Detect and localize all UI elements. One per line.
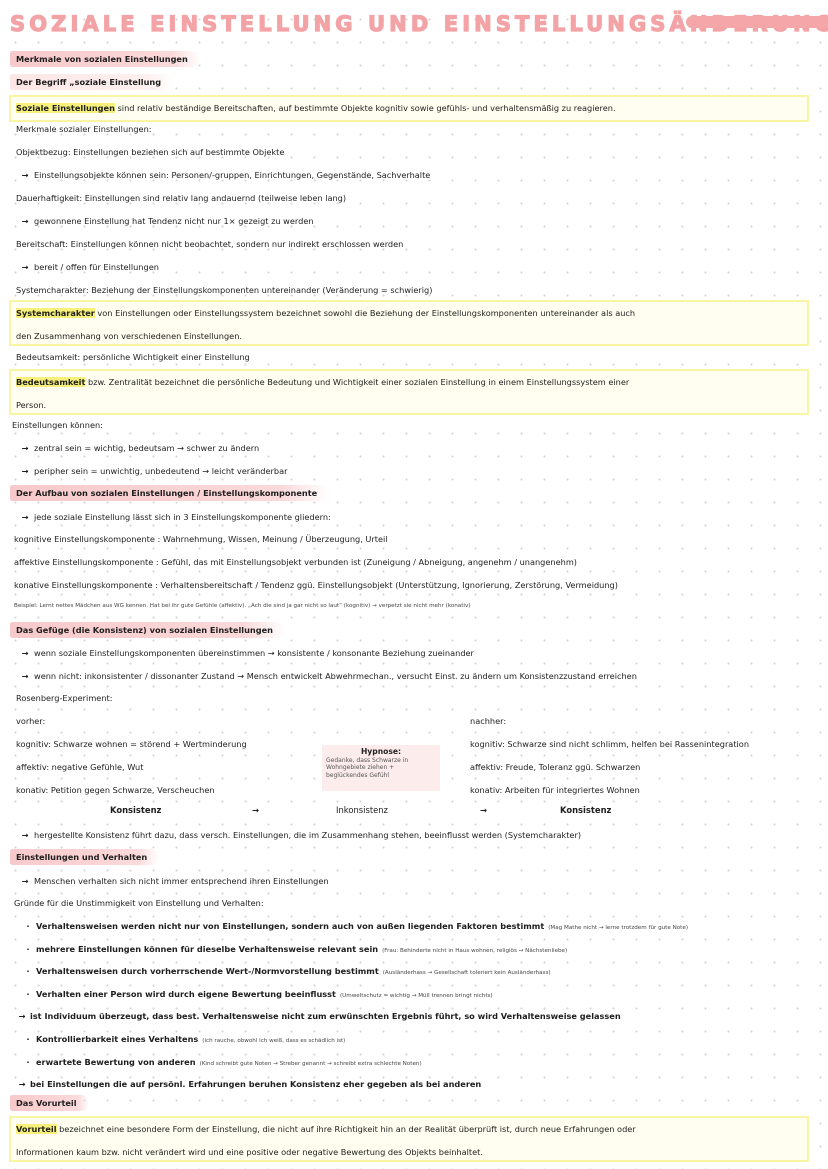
definition-text: bzw. Zentralität bezeichnet die persönli…: [85, 377, 629, 387]
hypnose-text: Gedanke, dass Schwarze in Wohngebiete zi…: [326, 757, 436, 780]
arrow-icon: →: [16, 510, 34, 524]
arrow-icon: →: [16, 874, 34, 888]
merkmal-systemcharakter: Systemcharakter: Beziehung der Einstellu…: [16, 283, 432, 297]
definition-term: Soziale Einstellungen: [16, 103, 115, 113]
vorher-label: vorher:: [16, 714, 45, 728]
text: zentral sein = wichtig, bedeutsam → schw…: [34, 443, 259, 453]
definition-text-2: den Zusammenhang von verschiedenen Einst…: [16, 331, 242, 341]
bullet-icon: ·: [20, 1032, 36, 1046]
definition-term: Vorurteil: [16, 1124, 57, 1134]
zentral-sein: →zentral sein = wichtig, bedeutsam → sch…: [16, 441, 259, 455]
flow-arrow-icon-2: →: [480, 805, 487, 815]
komponente-affektiv: affektive Einstellungskomponente : Gefüh…: [14, 555, 577, 569]
reason-text: Kontrollierbarkeit eines Verhaltens: [36, 1034, 198, 1044]
aufbau-intro: →jede soziale Einstellung lässt sich in …: [16, 510, 331, 524]
flow-arrow-icon-1: →: [252, 805, 259, 815]
reason-item: ·erwartete Bewertung von anderen(Kind sc…: [20, 1055, 422, 1071]
definition-term: Bedeutsamkeit: [16, 377, 85, 387]
text: jede soziale Einstellung lässt sich in 3…: [34, 512, 331, 522]
merkmal-objektbezug: Objektbezug: Einstellungen beziehen sich…: [16, 145, 284, 159]
section-heading-merkmale: Merkmale von sozialen Einstellungen: [10, 51, 200, 67]
hypnose-title: Hypnose:: [326, 748, 436, 756]
nachher-konativ: konativ: Arbeiten für integriertes Wohne…: [470, 783, 640, 797]
reason-example: (Ausländerhass → Gesellschaft toleriert …: [383, 970, 551, 976]
bullet-icon: ·: [20, 964, 36, 978]
bullet-icon: ·: [20, 1055, 36, 1069]
title-decoration-bar: [686, 16, 828, 28]
reason-text: erwartete Bewertung von anderen: [36, 1057, 196, 1067]
bullet-icon: ·: [20, 987, 36, 1001]
beispiel: Beispiel: Lernt nettes Mädchen aus WG ke…: [14, 599, 470, 613]
section-heading-gefuege: Das Gefüge (die Konsistenz) von sozialen…: [10, 622, 285, 638]
definition-box-vorurteil: Vorurteil bezeichnet eine besondere Form…: [9, 1116, 809, 1162]
arrow-icon: →: [16, 441, 34, 455]
section-heading-verhalten: Einstellungen und Verhalten: [10, 849, 159, 865]
section-heading-vorurteil: Das Vorurteil: [10, 1095, 89, 1111]
text: bereit / offen für Einstellungen: [34, 262, 159, 272]
definition-text: von Einstellungen oder Einstellungssyste…: [95, 308, 635, 318]
vorher-konativ: konativ: Petition gegen Schwarze, Versch…: [16, 783, 215, 797]
text: wenn nicht: inkonsistenter / dissonanter…: [34, 671, 637, 681]
nachher-label: nachher:: [470, 714, 506, 728]
merkmal-bedeutsamkeit: Bedeutsamkeit: persönliche Wichtigkeit e…: [16, 350, 250, 364]
reason-item: ·Verhaltensweisen durch vorherrschende W…: [20, 964, 551, 980]
arrow-icon: →: [16, 669, 34, 683]
reason-item: →ist Individuum überzeugt, dass best. Ve…: [14, 1009, 625, 1025]
merkmal-dauerhaftigkeit-sub: →gewonnene Einstellung hat Tendenz nicht…: [16, 214, 314, 228]
text: peripher sein = unwichtig, unbedeutend →…: [34, 466, 288, 476]
nachher-kognitiv: kognitiv: Schwarze sind nicht schlimm, h…: [470, 737, 749, 751]
rosenberg-heading: Rosenberg-Experiment:: [16, 691, 113, 705]
gefuege-wenn-nicht: →wenn nicht: inkonsistenter / dissonante…: [16, 669, 637, 683]
text: wenn soziale Einstellungskomponenten übe…: [34, 648, 474, 658]
text: gewonnene Einstellung hat Tendenz nicht …: [34, 216, 314, 226]
definition-text-2: Informationen kaum bzw. nicht verändert …: [16, 1147, 483, 1157]
reason-text: Verhaltensweisen durch vorherrschende We…: [36, 966, 379, 976]
gefuege-wenn: →wenn soziale Einstellungskomponenten üb…: [16, 646, 474, 660]
merkmal-bereitschaft-sub: →bereit / offen für Einstellungen: [16, 260, 159, 274]
arrow-icon: →: [16, 260, 34, 274]
verhalten-intro: →Menschen verhalten sich nicht immer ent…: [16, 874, 329, 888]
reason-example: (Umweltschutz = wichtig → Müll trennen b…: [340, 993, 493, 999]
bullet-icon: ·: [20, 919, 36, 933]
reason-example: (Frau: Behinderte nicht in Haus wohnen, …: [382, 948, 567, 954]
definition-text: sind relativ beständige Bereitschaften, …: [115, 103, 616, 113]
arrow-icon: →: [16, 646, 34, 660]
gefuege-fazit: →hergestellte Konsistenz führt dazu, das…: [16, 828, 581, 842]
flow-konsistenz-1: Konsistenz: [110, 805, 161, 815]
reason-example: (Kind schreibt gute Noten → Streber gena…: [200, 1061, 422, 1067]
reason-item: ·Verhaltensweisen werden nicht nur von E…: [20, 919, 688, 935]
vorher-kognitiv: kognitiv: Schwarze wohnen = störend + We…: [16, 737, 247, 751]
section-heading-aufbau: Der Aufbau von sozialen Einstellungen / …: [10, 485, 329, 501]
reason-item: ·Verhalten einer Person wird durch eigen…: [20, 987, 493, 1003]
reason-text: bei Einstellungen die auf persönl. Erfah…: [30, 1079, 481, 1089]
flow-inkonsistenz: Inkonsistenz: [336, 805, 388, 815]
peripher-sein: →peripher sein = unwichtig, unbedeutend …: [16, 464, 288, 478]
text: Menschen verhalten sich nicht immer ents…: [34, 876, 329, 886]
arrow-icon: →: [16, 464, 34, 478]
arrow-icon: →: [14, 1077, 30, 1091]
merkmal-bereitschaft: Bereitschaft: Einstellungen können nicht…: [16, 237, 403, 251]
definition-box-systemcharakter: Systemcharakter von Einstellungen oder E…: [9, 300, 809, 346]
arrow-icon: →: [16, 828, 34, 842]
merkmale-heading: Merkmale sozialer Einstellungen:: [16, 122, 152, 136]
komponente-konativ: konative Einstellungskomponente : Verhal…: [14, 578, 618, 592]
reason-text: mehrere Einstellungen können für dieselb…: [36, 944, 378, 954]
nachher-affektiv: affektiv: Freude, Toleranz ggü. Schwarze…: [470, 760, 640, 774]
definition-box-bedeutsamkeit: Bedeutsamkeit bzw. Zentralität bezeichne…: [9, 369, 809, 415]
komponente-kognitiv: kognitive Einstellungskomponente : Wahrn…: [14, 532, 388, 546]
definition-term: Systemcharakter: [16, 308, 95, 318]
merkmal-objektbezug-sub: →Einstellungsobjekte können sein: Person…: [16, 168, 430, 182]
definition-text-2: Person.: [16, 400, 46, 410]
section-heading-begriff: Der Begriff „soziale Einstellung: [10, 74, 173, 90]
reason-text: ist Individuum überzeugt, dass best. Ver…: [30, 1011, 621, 1021]
einstellungen-koennen: Einstellungen können:: [12, 418, 103, 432]
reason-text: Verhalten einer Person wird durch eigene…: [36, 989, 336, 999]
reason-item: →bei Einstellungen die auf persönl. Erfa…: [14, 1077, 485, 1093]
merkmal-dauerhaftigkeit: Dauerhaftigkeit: Einstellungen sind rela…: [16, 191, 346, 205]
arrow-icon: →: [14, 1009, 30, 1023]
reason-item: ·mehrere Einstellungen können für diesel…: [20, 942, 567, 958]
text: hergestellte Konsistenz führt dazu, dass…: [34, 830, 581, 840]
gruende-heading: Gründe für die Unstimmigkeit von Einstel…: [14, 896, 264, 910]
definition-box-soziale-einstellungen: Soziale Einstellungen sind relativ bestä…: [9, 95, 809, 122]
arrow-icon: →: [16, 214, 34, 228]
flow-konsistenz-2: Konsistenz: [560, 805, 611, 815]
reason-text: Verhaltensweisen werden nicht nur von Ei…: [36, 921, 544, 931]
vorher-affektiv: affektiv: negative Gefühle, Wut: [16, 760, 143, 774]
reason-item: ·Kontrollierbarkeit eines Verhaltens(ich…: [20, 1032, 345, 1048]
arrow-icon: →: [16, 168, 34, 182]
reason-example: (ich rauche, obwohl ich weiß, dass es sc…: [202, 1038, 345, 1044]
text: Einstellungsobjekte können sein: Persone…: [34, 170, 430, 180]
hypnose-box: Hypnose: Gedanke, dass Schwarze in Wohng…: [322, 745, 440, 791]
reason-example: (Mag Mathe nicht → lerne trotzdem für gu…: [548, 925, 688, 931]
definition-text: bezeichnet eine besondere Form der Einst…: [57, 1124, 636, 1134]
bullet-icon: ·: [20, 942, 36, 956]
